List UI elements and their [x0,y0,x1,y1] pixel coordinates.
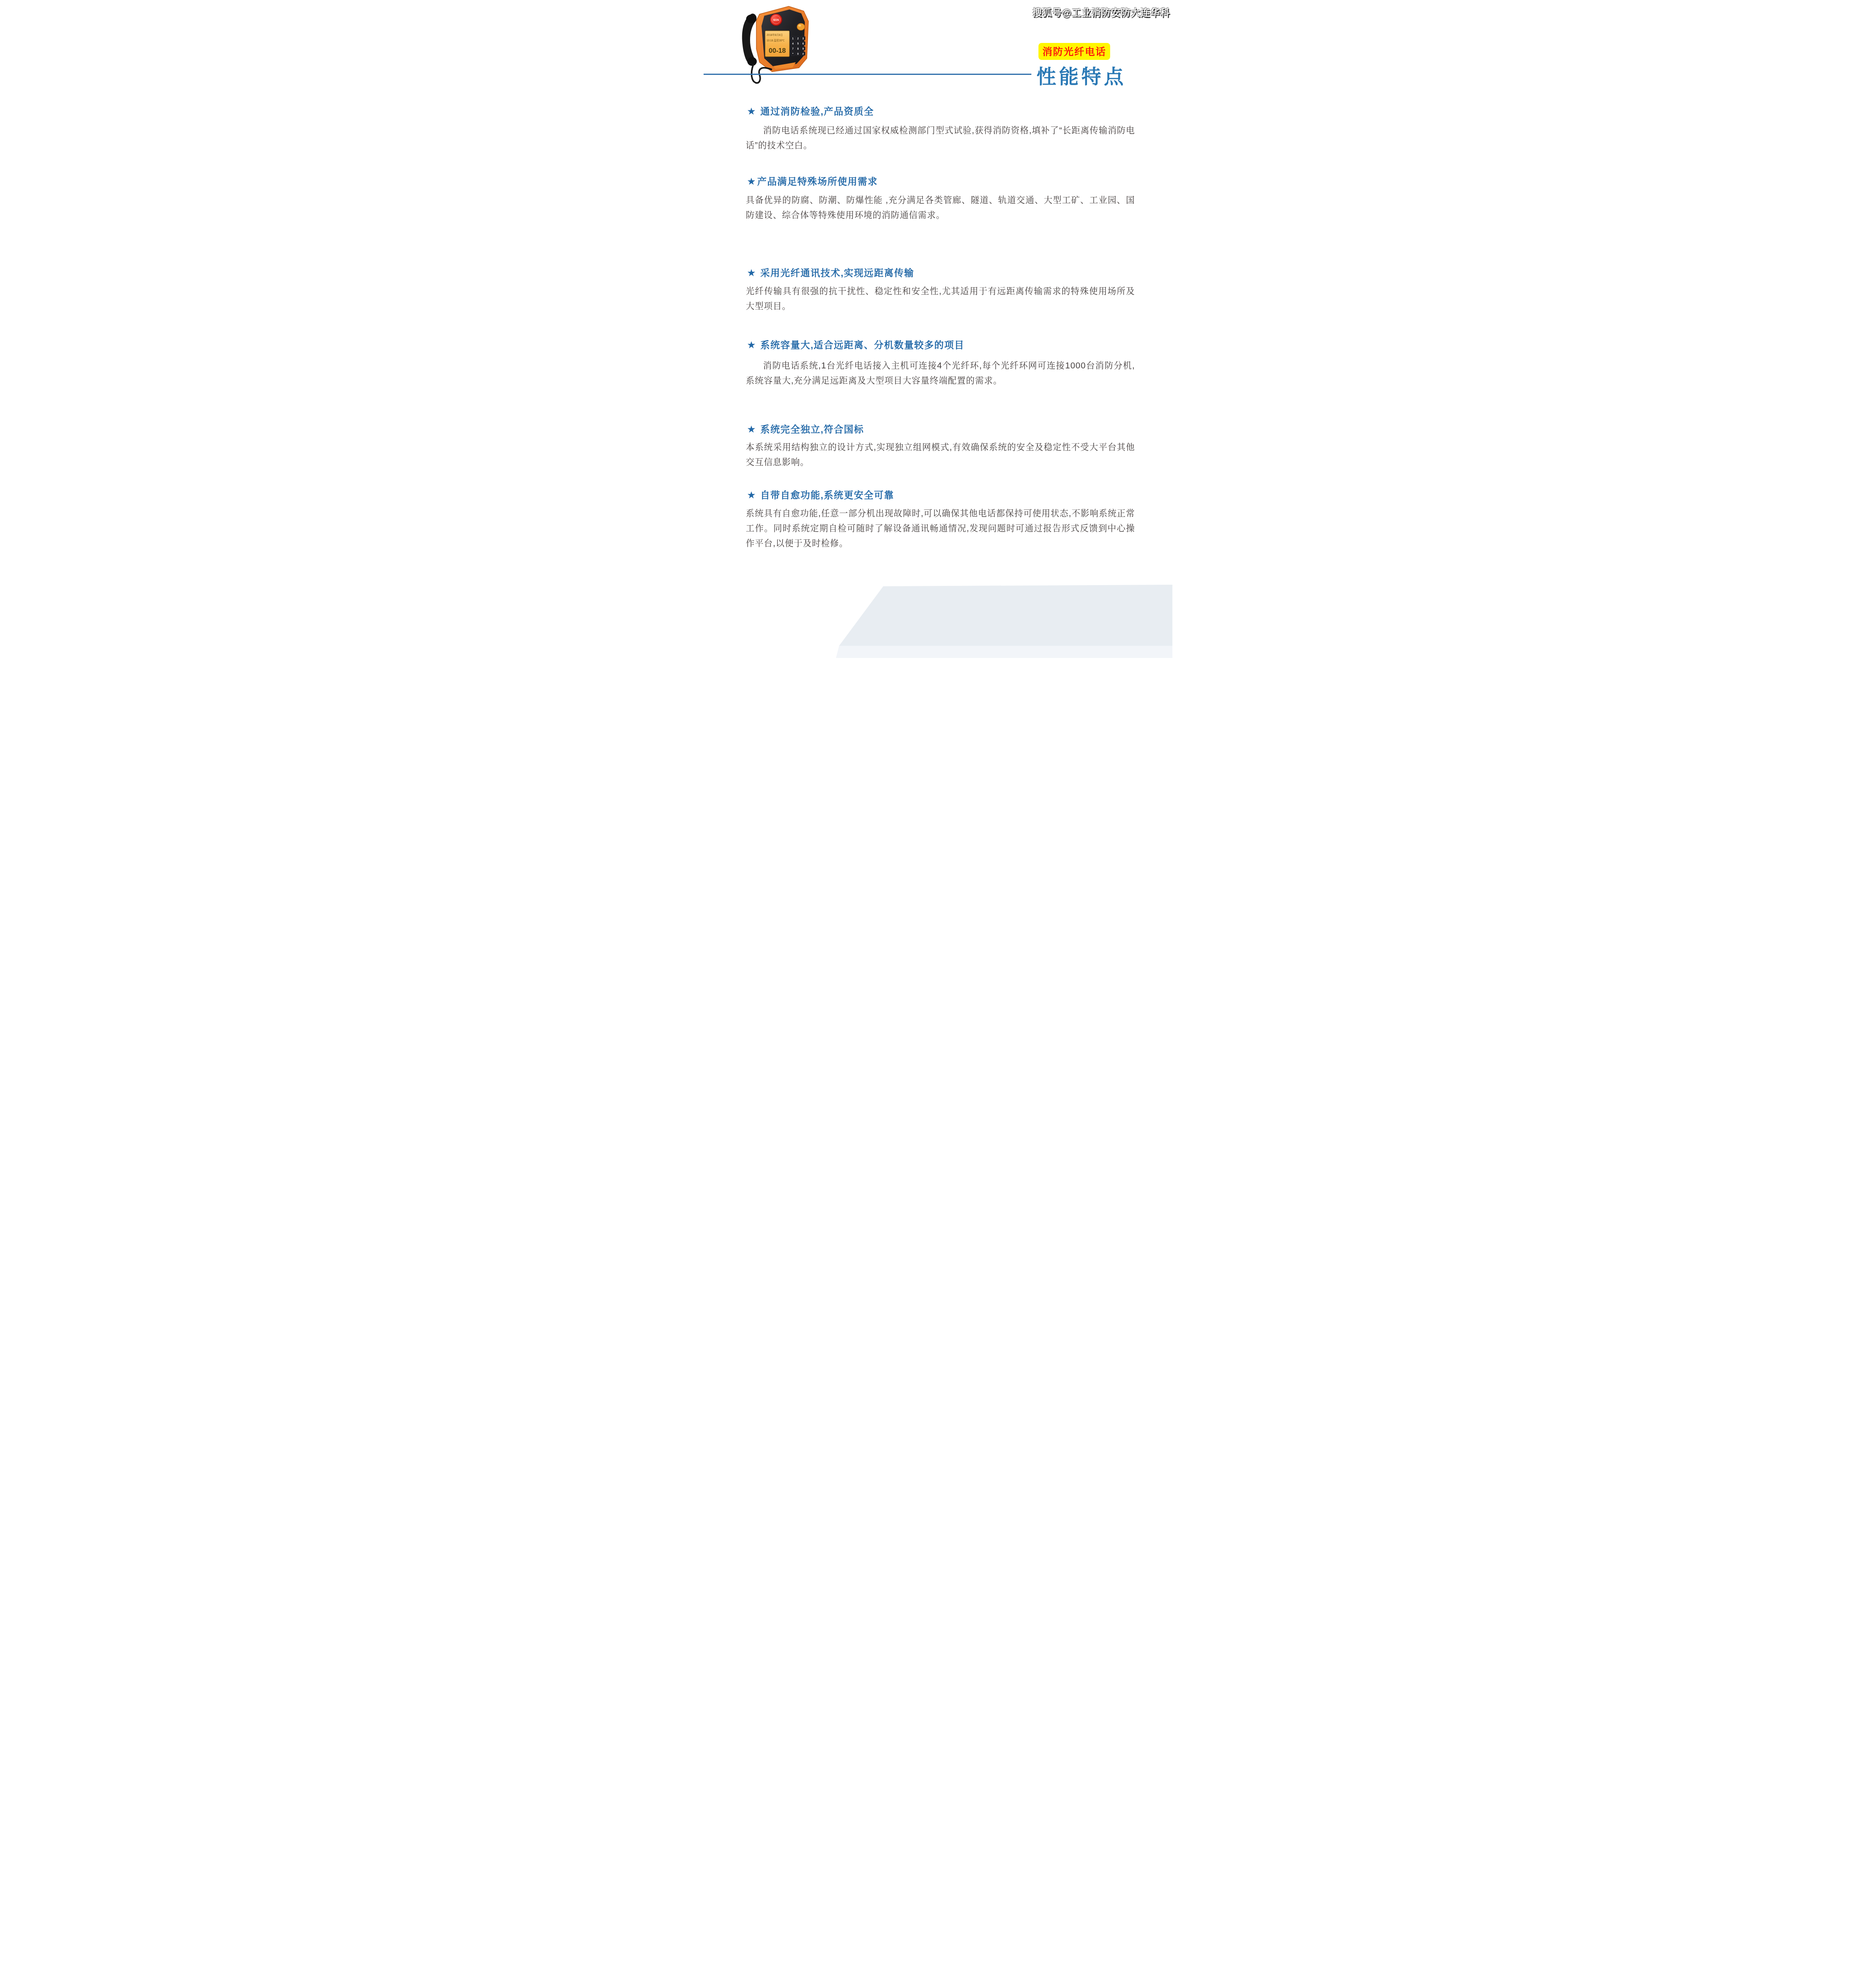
phone-knob [797,23,805,30]
section-heading-text: 采用光纤通讯技术,实现远距离传输 [760,268,914,279]
lcd-number: 00-18 [769,47,786,54]
keypad-key: 0 [797,53,799,56]
star-bullet-icon: ★ [747,424,756,435]
keypad-key: 7 [792,48,794,50]
section-heading: ★自带自愈功能,系统更安全可靠 [747,489,894,502]
section-heading: ★采用光纤通讯技术,实现远距离传输 [747,267,914,279]
lcd-time-temp: 10:18 温度28℃ [767,39,785,42]
keypad-key: 9 [802,48,804,50]
star-bullet-icon: ★ [747,339,756,351]
star-bullet-icon: ★ [747,267,756,279]
keypad-key: 1 [792,37,794,40]
star-bullet-icon: ★ [747,489,756,501]
keypad-key: 6 [802,43,804,45]
section-heading: ★产品满足特殊场所使用需求 [747,176,878,188]
section-heading: ★系统完全独立,符合国标 [747,424,864,436]
page-title: 性能特点 [1036,61,1126,89]
sos-label: SOS [773,19,779,22]
keypad-key: # [802,53,804,56]
section-body: 消防电话系统,1台光纤电话接入主机可连接4个光纤环,每个光纤环网可连接1000台… [746,358,1135,388]
product-badge: 消防光纤电话 [1038,43,1110,60]
watermark: 搜狐号@工业消防安防大连华科 [1033,5,1170,19]
section-heading-text: 自带自愈功能,系统更安全可靠 [760,490,894,501]
phone-product-image: SOS 2018年8月8日 10:18 温度28℃ 00-18 [734,2,812,85]
bottom-parallelogram-shape-light [704,0,1172,663]
keypad-key: 8 [797,48,799,50]
lcd-date: 2018年8月8日 [767,33,783,37]
section-heading: ★系统容量大,适合远距离、分机数量较多的项目 [747,339,964,351]
section-body: 系统具有自愈功能,任意一部分机出现故障时,可以确保其他电话都保持可使用状态,不影… [746,506,1135,551]
sos-button: SOS [770,14,782,26]
section-body: 具备优异的防腐、防潮、防爆性能 ,充分满足各类管廊、隧道、轨道交通、大型工矿、工… [746,193,1135,223]
brochure-page: 搜狐号@工业消防安防大连华科 SOS [704,0,1172,663]
section-body: 消防电话系统现已经通过国家权威检测部门型式试验,获得消防资格,填补了“长距离传输… [746,123,1135,153]
bottom-parallelogram-shape [704,0,1172,663]
section-body: 光纤传输具有很强的抗干扰性、稳定性和安全性,尤其适用于有远距离传输需求的特殊使用… [746,284,1135,314]
section-heading-text: 产品满足特殊场所使用需求 [757,177,878,187]
keypad-key: 5 [797,43,799,45]
star-bullet-icon: ★ [747,106,756,117]
star-bullet-icon: ★ [747,176,756,188]
keypad-key: 3 [802,37,804,40]
section-body: 本系统采用结构独立的设计方式,实现独立组网模式,有效确保系统的安全及稳定性不受大… [746,440,1135,470]
section-heading: ★通过消防检验,产品资质全 [747,106,874,118]
lcd-display: 2018年8月8日 10:18 温度28℃ 00-18 [765,31,789,57]
section-heading-text: 通过消防检验,产品资质全 [760,106,874,117]
divider-rule [704,74,1031,75]
handset-icon [742,14,757,66]
keypad-key: 4 [792,43,794,45]
section-heading-text: 系统完全独立,符合国标 [760,424,864,435]
keypad-key: 2 [797,37,799,40]
section-heading-text: 系统容量大,适合远距离、分机数量较多的项目 [760,340,964,351]
